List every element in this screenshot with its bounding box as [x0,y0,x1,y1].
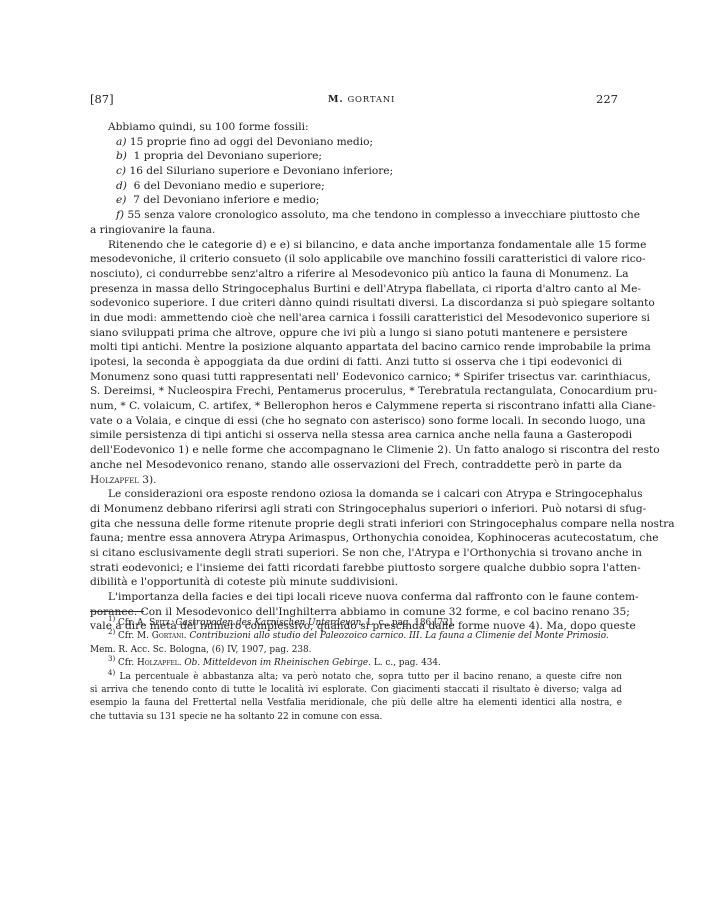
footnote-4: 4) La percentuale è abbastanza alta; va … [90,671,622,684]
footnote-cfr: Cfr. [118,658,134,668]
footnote-separator [90,611,144,612]
list-label: b) [116,150,127,162]
intro-line: Abbiamo quindi, su 100 forme fossili: [90,120,622,135]
footnote-4-line: esempio la fauna del Frettertal nella Ve… [90,697,622,710]
page-number: 227 [596,92,618,106]
footnote-cfr: Cfr. [118,618,134,628]
footnote-mark: 1) [108,615,115,623]
paragraph-1-line: siano sviluppati prima che altrove, oppu… [90,326,622,341]
footnote-3: 3) Cfr. Holzapfel. Ob. Mitteldevon im Rh… [90,657,622,670]
list-label: e) [116,194,126,206]
paragraph-1-line: Holzapfel 3). [90,473,622,488]
paragraph-1-line: Ritenendo che le categorie d) e e) si bi… [90,238,622,253]
paragraph-1-line: nosciuto), ci condurrebbe senz'altro a r… [90,267,622,282]
footnote-author: M. Gortani [137,631,184,641]
paragraph-1-line: presenza in massa dello Stringocephalus … [90,282,622,297]
list-text: 15 proprie fino ad oggi del Devoniano me… [130,136,373,148]
footnote-4-line: si arriva che tenendo conto di tutte le … [90,684,622,697]
paragraph-1-line: molti tipi antichi. Mentre la posizione … [90,340,622,355]
footnote-2-continued: Mem. R. Acc. Sc. Bologna, (6) IV, 1907, … [90,644,622,657]
footnote-4-line: che tuttavia su 131 specie ne ha soltant… [90,711,622,724]
paragraph-2-line: dibilità e l'opportunità di coteste più … [90,575,622,590]
footnote-1: 1) Cfr. A. Spitz. Gastropoden des Karnis… [90,617,622,630]
list-item-a: a) 15 proprie fino ad oggi del Devoniano… [90,135,622,150]
paragraph-1-line: in due modi: ammettendo cioè che nell'ar… [90,311,622,326]
paragraph-1-line: ipotesi, la seconda è appoggiata da due … [90,355,622,370]
list-item-f-continued: a ringiovanire la fauna. [90,223,622,238]
list-label: d) [116,180,127,192]
list-item-c: c) 16 del Siluriano superiore e Devonian… [90,164,622,179]
footnote-text: La percentuale è abbastanza alta; va per… [120,672,622,682]
document-page: [87] M.GORTANI 227 Abbiamo quindi, su 10… [0,0,707,900]
footnote-mark: 4) [108,669,115,677]
footnote-2: 2) Cfr. M. Gortani. Contribuzioni allo s… [90,630,622,643]
footnote-title: Ob. Mitteldevon im Rheinischen Gebirge [184,658,368,668]
paragraph-2-line: si citano esclusivamente degli strati su… [90,546,622,561]
author-initial: M. [328,94,343,105]
footnote-author: Holzapfel [137,658,179,668]
running-header-author: M.GORTANI [328,94,395,105]
footnote-title: Contribuzioni allo studio del Paleozoico… [189,631,608,641]
footnote-mark: 2) [108,628,115,636]
paragraph-2-line: di Monumenz debbano riferirsi agli strat… [90,502,622,517]
footnote-cfr: Cfr. [118,631,134,641]
list-text: 55 senza valore cronologico assoluto, ma… [127,209,640,221]
paragraph-3-line: L'importanza della facies e dei tipi loc… [90,590,622,605]
paragraph-2-line: gita che nessuna delle forme ritenute pr… [90,517,622,532]
author-name: GORTANI [347,95,395,105]
paragraph-1-line: dell'Eodevonico 1) e nelle forme che acc… [90,443,622,458]
paragraph-1-line: simile persistenza di tipi antichi si os… [90,428,622,443]
list-label: a) [116,136,126,148]
footnote-ref: L. c., pag. 186 [72]. [367,618,455,628]
footnote-title: Gastropoden des Karnischen Unterdevon [175,618,361,628]
paragraph-2-line: Le considerazioni ora esposte rendono oz… [90,487,622,502]
list-text: 1 propria del Devoniano superiore; [134,150,322,162]
main-text: Abbiamo quindi, su 100 forme fossili: a)… [90,120,622,634]
list-label: f) [116,209,124,221]
paragraph-1-line: vate o a Volaia, e cinque di essi (che h… [90,414,622,429]
paragraph-2-line: fauna; mentre essa annovera Atrypa Arima… [90,531,622,546]
footnote-mark: 3) [108,655,115,663]
paragraph-1-line: mesodevoniche, il criterio consueto (il … [90,252,622,267]
list-item-f: f) 55 senza valore cronologico assoluto,… [90,208,622,223]
list-item-d: d) 6 del Devoniano medio e superiore; [90,179,622,194]
list-item-b: b) 1 propria del Devoniano superiore; [90,149,622,164]
paragraph-1-line: S. Dereimsi, * Nucleospira Frechi, Penta… [90,384,622,399]
paragraph-1-line: anche nel Mesodevonico renano, stando al… [90,458,622,473]
paragraph-1-line: Monumenz sono quasi tutti rappresentati … [90,370,622,385]
running-header-left: [87] [90,92,114,106]
paragraph-1-line: num, * C. volaicum, C. artifex, * Beller… [90,399,622,414]
footnotes: 1) Cfr. A. Spitz. Gastropoden des Karnis… [90,617,622,724]
list-text: 16 del Siluriano superiore e Devoniano i… [129,165,393,177]
footnote-author: A. Spitz [137,618,170,628]
list-text: 6 del Devoniano medio e superiore; [134,180,325,192]
list-label: c) [116,165,126,177]
footnote-ref: L. c., pag. 434. [374,658,441,668]
paragraph-2-line: strati eodevonici; e l'insieme dei fatti… [90,561,622,576]
list-text: 7 del Devoniano inferiore e medio; [133,194,319,206]
paragraph-1-line: sodevonico superiore. I due criteri dànn… [90,296,622,311]
list-item-e: e) 7 del Devoniano inferiore e medio; [90,193,622,208]
